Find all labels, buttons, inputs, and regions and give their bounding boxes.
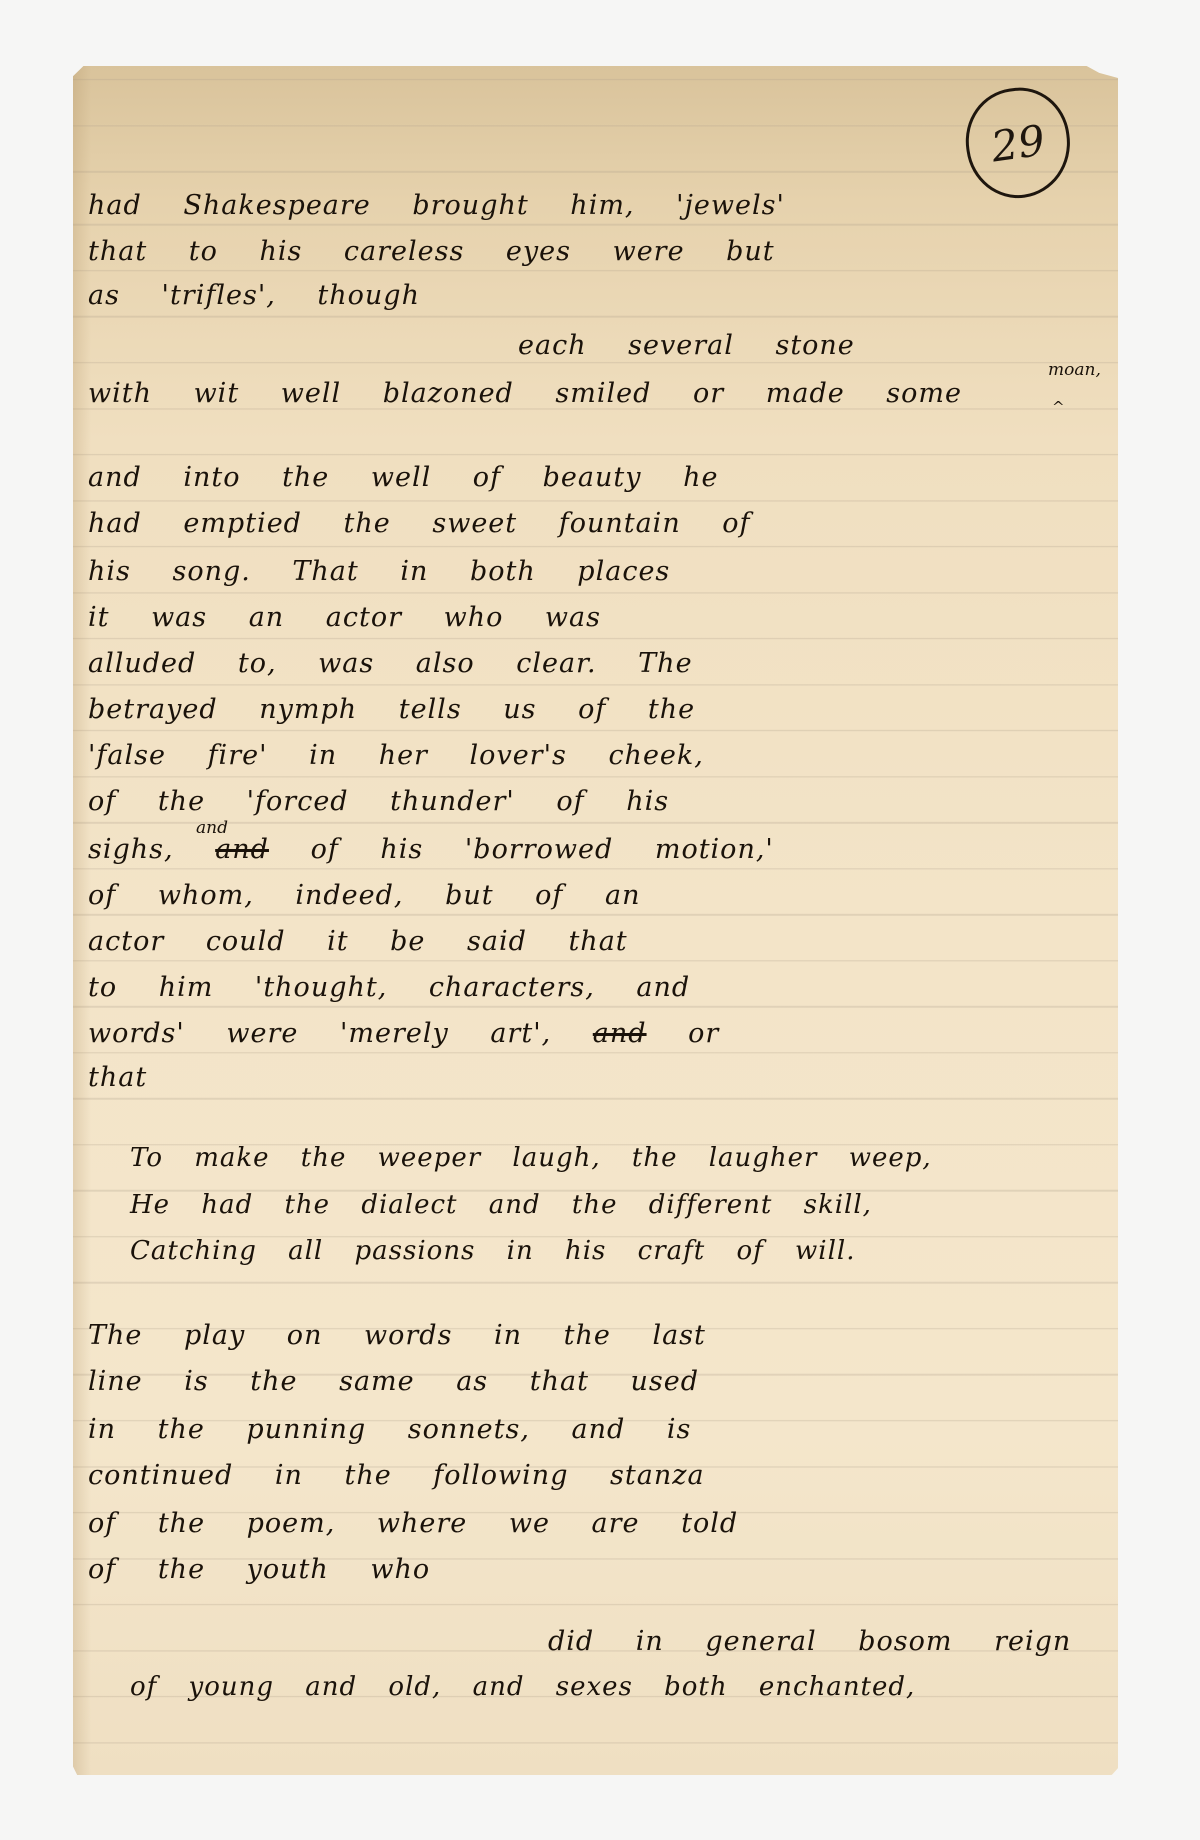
struck-word: and bbox=[593, 1018, 647, 1049]
insertion-caret-icon: ^ bbox=[1052, 398, 1065, 416]
text-line: as 'trifles', though bbox=[88, 282, 420, 309]
text-line: that to his careless eyes were but bbox=[88, 238, 775, 265]
text-line: sighs, and of his 'borrowed motion,' bbox=[88, 836, 774, 863]
text-segment: words' were 'merely art', bbox=[88, 1018, 593, 1049]
text-line: with wit well blazoned smiled or made so… bbox=[88, 380, 962, 407]
text-segment: sighs, bbox=[88, 834, 215, 865]
text-line: of whom, indeed, but of an bbox=[88, 882, 641, 909]
text-line: continued in the following stanza bbox=[88, 1462, 705, 1489]
text-line: alluded to, was also clear. The bbox=[88, 650, 693, 677]
poem-line: Catching all passions in his craft of wi… bbox=[130, 1238, 856, 1264]
text-segment: with wit well blazoned smiled or made so… bbox=[88, 378, 962, 409]
text-line: 'false fire' in her lover's cheek, bbox=[88, 742, 704, 769]
text-line: The play on words in the last bbox=[88, 1322, 706, 1349]
text-line: it was an actor who was bbox=[88, 604, 601, 631]
text-segment: of his 'borrowed motion,' bbox=[311, 834, 774, 865]
text-line: in the punning sonnets, and is bbox=[88, 1416, 691, 1443]
struck-word: and bbox=[215, 834, 269, 865]
text-line: his song. That in both places bbox=[88, 558, 670, 585]
text-line-indented: did in general bosom reign bbox=[548, 1628, 1071, 1655]
text-line: actor could it be said that bbox=[88, 928, 628, 955]
inserted-word-moan: moan, bbox=[1048, 360, 1101, 380]
text-line: of the 'forced thunder' of his bbox=[88, 788, 669, 815]
text-line: that bbox=[88, 1064, 147, 1091]
text-line: to him 'thought, characters, and bbox=[88, 974, 690, 1001]
text-line: of the poem, where we are told bbox=[88, 1510, 738, 1537]
text-line: of the youth who bbox=[88, 1556, 430, 1583]
poem-line: of young and old, and sexes both enchant… bbox=[130, 1674, 915, 1700]
inserted-word-and: and bbox=[196, 818, 228, 838]
poem-line: To make the weeper laugh, the laugher we… bbox=[130, 1145, 932, 1171]
text-line-indented: each several stone bbox=[518, 332, 855, 359]
text-line: betrayed nymph tells us of the bbox=[88, 696, 695, 723]
text-line: had emptied the sweet fountain of bbox=[88, 510, 751, 537]
poem-line: He had the dialect and the different ski… bbox=[130, 1192, 872, 1218]
page-number-text: 29 bbox=[988, 115, 1048, 171]
text-line: words' were 'merely art', and or bbox=[88, 1020, 719, 1047]
text-line: had Shakespeare brought him, 'jewels' bbox=[88, 192, 785, 219]
text-segment: or bbox=[688, 1018, 719, 1049]
text-line: and into the well of beauty he bbox=[88, 464, 718, 491]
text-line: line is the same as that used bbox=[88, 1368, 699, 1395]
